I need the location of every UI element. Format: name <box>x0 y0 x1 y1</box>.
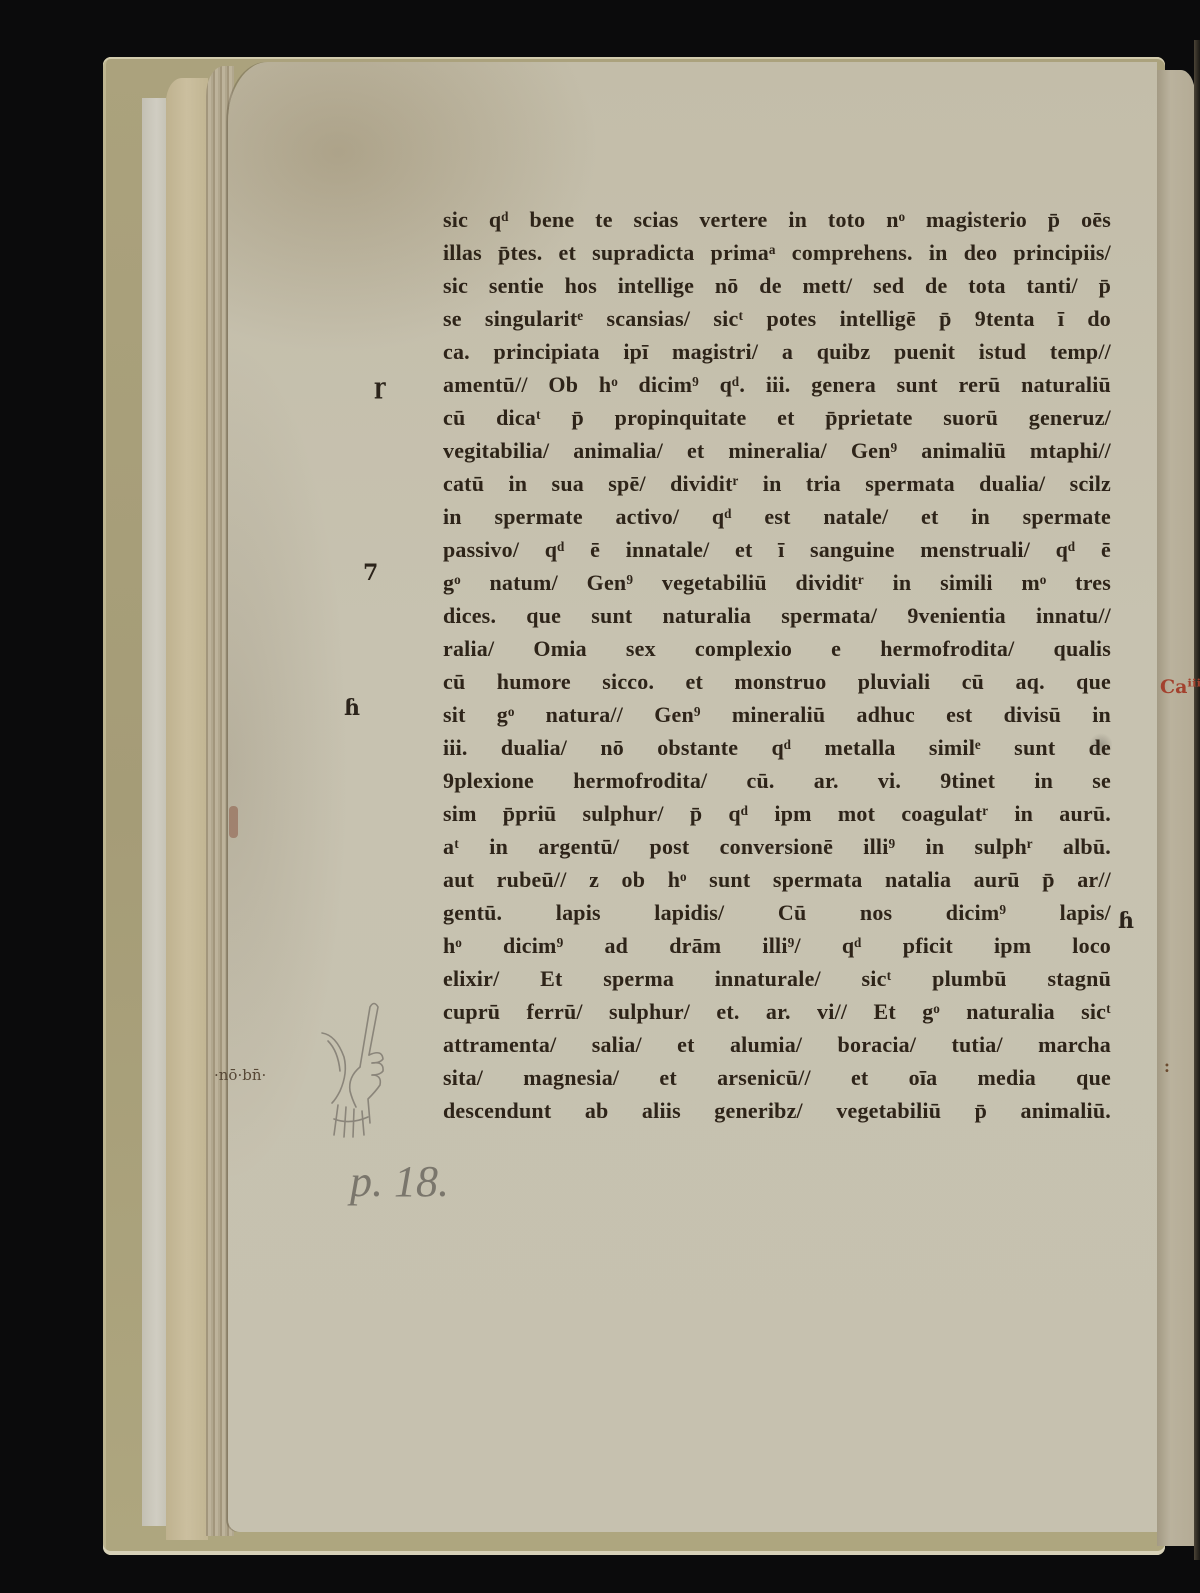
flyleaf-edge-tan <box>166 78 208 1540</box>
text-line: aut rubeū// z ob hᵒ sunt spermata natali… <box>443 863 1111 896</box>
text-line: cuprū ferrū/ sulphur/ et. ar. vi// Et gᵒ… <box>443 995 1111 1028</box>
manicule-pointing-hand-icon <box>300 995 400 1145</box>
flyleaf-edge-grey <box>142 98 166 1526</box>
margin-numeral-2: ɼ <box>374 376 386 398</box>
text-line: illas p̄tes. et supradicta primaᵃ compre… <box>443 236 1111 269</box>
text-line: elixir/ Et sperma innaturale/ sicᵗ plumb… <box>443 962 1111 995</box>
text-line: aᵗ in argentū/ post conversionē illi⁹ in… <box>443 830 1111 863</box>
text-line: gᵒ natum/ Gen⁹ vegetabiliū dividitʳ in s… <box>443 566 1111 599</box>
text-line: sic sentie hos intellige nō de mett/ sed… <box>443 269 1111 302</box>
nota-bene-annotation: ·nō·bn̄· <box>214 1066 266 1084</box>
facing-page-dots: : <box>1164 1056 1174 1077</box>
text-block: sic qᵈ bene te scias vertere in toto nᵒ … <box>443 203 1111 1127</box>
facing-page-edge <box>1157 70 1195 1546</box>
text-line: gentū. lapis lapidis/ Cū nos dicim⁹ lapi… <box>443 896 1111 929</box>
text-line: sita/ magnesia/ et arsenicū// et oīa med… <box>443 1061 1111 1094</box>
facing-page-rubric: Caⁱⁱⁱ <box>1160 676 1200 698</box>
text-line: amentū// Ob hᵒ dicim⁹ qᵈ. iii. genera su… <box>443 368 1111 401</box>
pencil-page-number: p. 18. <box>350 1156 449 1207</box>
text-line: hᵒ dicim⁹ ad drām illi⁹/ qᵈ pficit ipm l… <box>443 929 1111 962</box>
text-line: cū dicaᵗ p̄ propinquitate et p̄prietate … <box>443 401 1111 434</box>
text-line: sic qᵈ bene te scias vertere in toto nᵒ … <box>443 203 1111 236</box>
text-line: sim p̄priū sulphur/ p̄ qᵈ ipm mot coagul… <box>443 797 1111 830</box>
spine-shadow <box>1194 40 1200 1560</box>
text-line: in spermate activo/ qᵈ est natale/ et in… <box>443 500 1111 533</box>
text-line: passivo/ qᵈ ē innatale/ et ī sanguine me… <box>443 533 1111 566</box>
right-margin-mark: ɦ <box>1118 910 1134 932</box>
margin-numeral-4: ɦ <box>344 697 360 719</box>
manuscript-photo: sic qᵈ bene te scias vertere in toto nᵒ … <box>0 0 1200 1593</box>
margin-numeral-3: 7 <box>363 562 378 584</box>
margin-stain <box>229 806 238 838</box>
text-line: ca. principiata ipī magistri/ a quibz pu… <box>443 335 1111 368</box>
text-line: ralia/ Omia sex complexio e hermofrodita… <box>443 632 1111 665</box>
text-line: descendunt ab aliis generibz/ vegetabili… <box>443 1094 1111 1127</box>
text-line: catū in sua spē/ dividitʳ in tria sperma… <box>443 467 1111 500</box>
text-line: se singularitᵉ scansias/ sicᵗ potes inte… <box>443 302 1111 335</box>
text-line: sit gᵒ natura// Gen⁹ mineraliū adhuc est… <box>443 698 1111 731</box>
text-line: attramenta/ salia/ et alumia/ boracia/ t… <box>443 1028 1111 1061</box>
text-line: 9plexione hermofrodita/ cū. ar. vi. 9tin… <box>443 764 1111 797</box>
text-line: cū humore sicco. et monstruo pluviali cū… <box>443 665 1111 698</box>
text-line: dices. que sunt naturalia spermata/ 9ven… <box>443 599 1111 632</box>
text-line: vegitabilia/ animalia/ et mineralia/ Gen… <box>443 434 1111 467</box>
text-line: iii. dualia/ nō obstante qᵈ metalla simi… <box>443 731 1111 764</box>
